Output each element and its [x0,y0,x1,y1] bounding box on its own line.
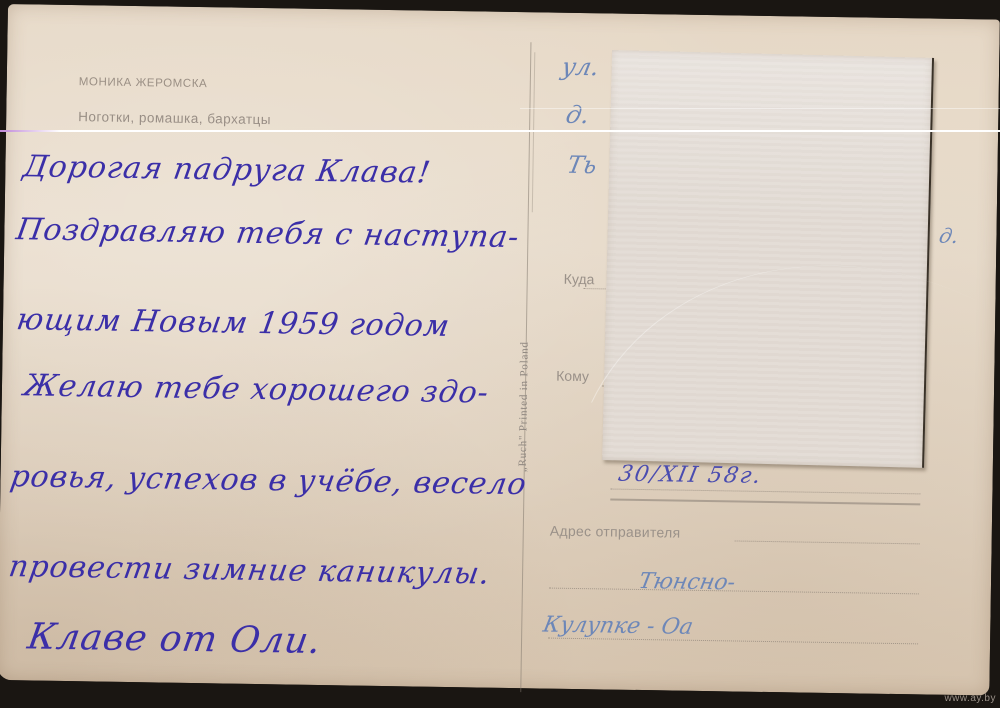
sender-address-line: Кулупке - Оа [541,613,695,640]
scan-artifact-line [0,130,1000,132]
sender-line-3 [548,638,918,645]
card-caption: Ноготки, ромашка, бархатцы [78,109,271,127]
message-line: Поздравляю тебя с наступа- [14,212,522,255]
date-written: 30/XII 58г. [616,462,764,489]
message-line: провести зимние каникулы. [6,549,493,591]
sender-address-label: Адрес отправителя [550,523,681,541]
message-line: Дорогая падруга Клава! [21,149,434,190]
center-divider-secondary [532,52,536,212]
recipient-address-line: Ть [565,151,599,179]
signature: Клаве от Оли. [25,616,325,662]
recipient-address-line: д. [937,224,961,248]
watermark: www.ay.by [944,693,996,704]
message-line: Желаю тебе хорошего здо- [21,368,491,410]
recipient-address-line: ул. [559,53,601,81]
message-line: ровья, успехов в учёбе, весело [8,459,530,502]
sender-line-1 [735,540,920,544]
message-line: ющим Новым 1959 годом [14,302,452,344]
scan-artifact-line [520,108,1000,109]
to-whom-label: Кому [556,368,589,385]
artist-name: МОНИКА ЖЕРОМСКА [79,76,208,90]
recipient-address-line: д. [564,101,592,129]
printer-credit: „Ruch" Printed in Poland [517,341,531,472]
sender-address-line: Тюнсно- [637,569,738,595]
to-where-label: Куда [564,271,595,287]
